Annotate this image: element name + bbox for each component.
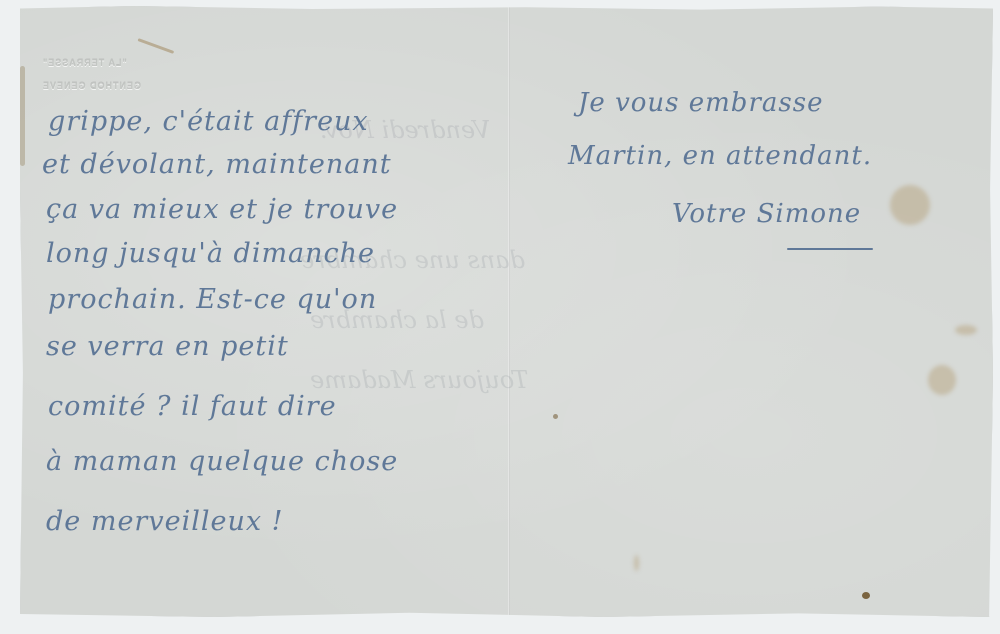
letter-line: à maman quelque chose [46,446,398,477]
letter-line: long jusqu'à dimanche [46,238,375,269]
letter-line: Je vous embrasse [578,88,823,118]
ink-dot [553,414,558,419]
letter-line: prochain. Est-ce qu'on [48,284,377,315]
letter-line: Martin, en attendant. [568,141,872,171]
ink-streak [137,38,174,54]
ink-dot [862,592,870,599]
stain [955,325,977,335]
letterhead-line-1: "LA TERRASSE" [42,58,127,68]
stain [634,555,639,571]
signature-underline [787,248,873,250]
letter-line: et dévolant, maintenant [42,149,392,180]
letter-line: comité ? il faut dire [48,391,337,422]
edge-stain [20,66,25,166]
bleed-through-line: Toujours Madame [310,366,528,394]
letter-line: ça va mieux et je trouve [46,194,398,225]
letterhead-line-2: GENTHOD GENEVE [42,81,141,91]
fold-line [508,6,510,617]
letter-line: de merveilleux ! [46,506,284,537]
stain [890,185,930,225]
letter-sheet: "LA TERRASSE" GENTHOD GENEVE Vendredi No… [20,6,993,617]
signature: Votre Simone [672,199,861,229]
letter-line: se verra en petit [46,331,289,362]
letter-line: grippe, c'était affreux [48,106,369,137]
stain [928,365,956,395]
